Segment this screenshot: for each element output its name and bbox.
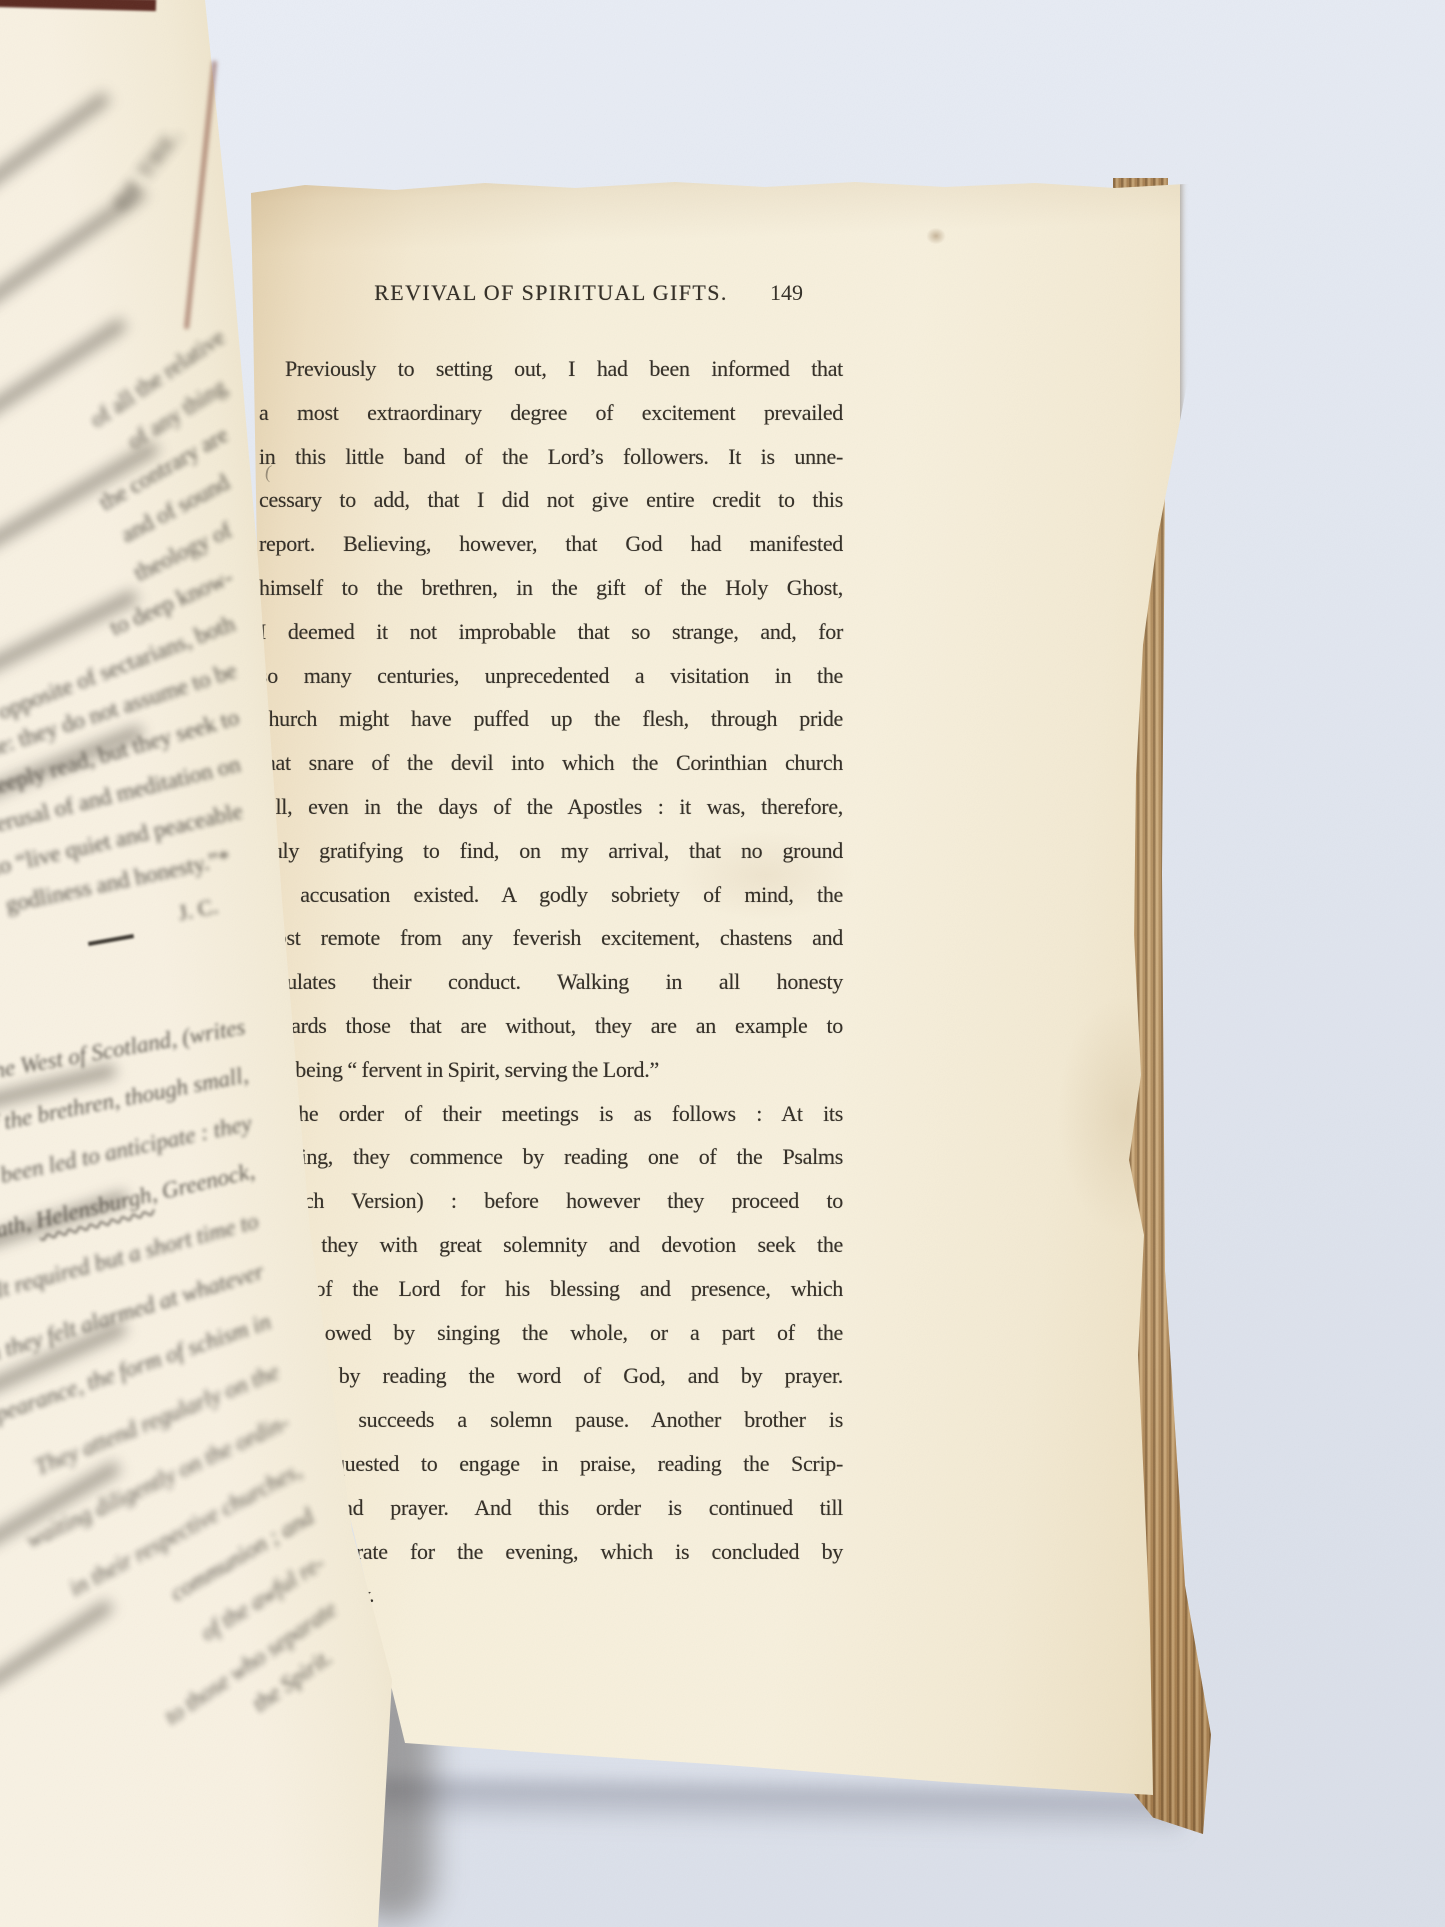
text-line: fell, even in the days of the Apostles :… bbox=[259, 785, 843, 829]
blurred-text-stroke bbox=[0, 91, 111, 201]
text-line: The order of their meetings is as follow… bbox=[259, 1092, 843, 1136]
running-title: REVIVAL OF SPIRITUAL GIFTS. bbox=[259, 280, 843, 306]
blurred-text-stroke bbox=[0, 1599, 114, 1691]
text-line: truly gratifying to find, on my arrival,… bbox=[259, 829, 843, 873]
text-line: sing, they with great solemnity and devo… bbox=[259, 1223, 843, 1267]
left-page-text-fragment: OF THE. bbox=[109, 123, 188, 215]
pencil-underlined-word: Helensburgh bbox=[33, 1182, 154, 1233]
running-header: REVIVAL OF SPIRITUAL GIFTS. 149 bbox=[259, 280, 843, 326]
text-line: Psalm, by reading the word of God, and b… bbox=[259, 1354, 843, 1398]
text-line: most remote from any feverish excitement… bbox=[259, 916, 843, 960]
fragment-part: Roseneath, bbox=[0, 1209, 39, 1257]
text-line: cessary to add, that I did not give enti… bbox=[259, 478, 843, 522]
right-page: ( REVIVAL OF SPIRITUAL GIFTS. 149 Previo… bbox=[245, 175, 1180, 1815]
text-line: so many centuries, unprecedented a visit… bbox=[259, 654, 843, 698]
text-line: a most extraordinary degree of excitemen… bbox=[259, 391, 843, 435]
text-line: that snare of the devil into which the C… bbox=[259, 741, 843, 785]
text-line: (Scotch Version) : before however they p… bbox=[259, 1179, 843, 1223]
section-divider-rule bbox=[88, 934, 134, 946]
text-line: is followed by singing the whole, or a p… bbox=[259, 1311, 843, 1355]
text-line: opening, they commence by reading one of… bbox=[259, 1135, 843, 1179]
text-line: then requested to engage in praise, read… bbox=[259, 1442, 843, 1486]
right-page-text-block: REVIVAL OF SPIRITUAL GIFTS. 149 Previous… bbox=[259, 280, 843, 1617]
page-number: 149 bbox=[770, 280, 803, 306]
body-text: Previously to setting out, I had been in… bbox=[259, 347, 843, 1617]
text-line: church might have puffed up the flesh, t… bbox=[259, 697, 843, 741]
text-line: face of the Lord for his blessing and pr… bbox=[259, 1267, 843, 1311]
text-line: To this succeeds a solemn pause. Another… bbox=[259, 1398, 843, 1442]
text-line: all ; being “ fervent in Spirit, serving… bbox=[259, 1048, 843, 1092]
text-line: I deemed it not improbable that so stran… bbox=[259, 610, 843, 654]
text-line: towards those that are without, they are… bbox=[259, 1004, 843, 1048]
text-line: in this little band of the Lord’s follow… bbox=[259, 435, 843, 479]
text-line: himself to the brethren, in the gift of … bbox=[259, 566, 843, 610]
text-line: report. Believing, however, that God had… bbox=[259, 522, 843, 566]
fragment-part: , Greenock, bbox=[148, 1158, 257, 1206]
left-page-text-fragment: J. C. bbox=[176, 893, 220, 926]
text-line: Previously to setting out, I had been in… bbox=[259, 347, 843, 391]
text-line: regulates their conduct. Walking in all … bbox=[259, 960, 843, 1004]
text-line: of accusation existed. A godly sobriety … bbox=[259, 873, 843, 917]
book-photograph: { "photo": { "background_color": "#e3e8f… bbox=[0, 0, 1445, 1927]
